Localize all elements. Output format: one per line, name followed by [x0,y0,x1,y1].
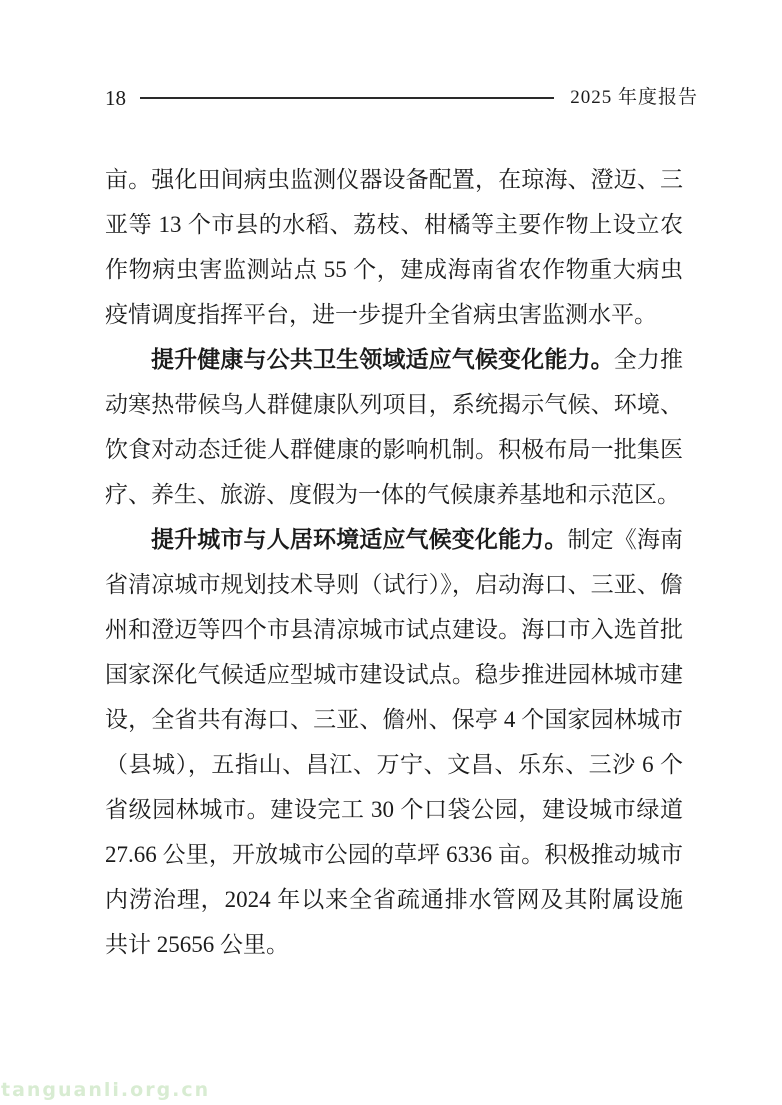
paragraph-bold-heading: 提升城市与人居环境适应气候变化能力。 [151,527,567,552]
document-body: 亩。强化田间病虫监测仪器设备配置，在琼海、澄迈、三亚等 13 个市县的水稻、荔枝… [105,157,683,967]
page-header: 18 2025 年度报告 [105,84,698,112]
paragraph-urban-adaptation: 提升城市与人居环境适应气候变化能力。制定《海南省清凉城市规划技术导则（试行）》，… [105,517,683,967]
paragraph-health-adaptation: 提升健康与公共卫生领域适应气候变化能力。全力推动寒热带候鸟人群健康队列项目，系统… [105,337,683,517]
paragraph-text: 亩。强化田间病虫监测仪器设备配置，在琼海、澄迈、三亚等 13 个市县的水稻、荔枝… [105,167,683,327]
header-rule [140,97,554,99]
paragraph-text: 制定《海南省清凉城市规划技术导则（试行）》，启动海口、三亚、儋州和澄迈等四个市县… [105,527,683,957]
paragraph-pest-monitoring: 亩。强化田间病虫监测仪器设备配置，在琼海、澄迈、三亚等 13 个市县的水稻、荔枝… [105,157,683,337]
document-page: 18 2025 年度报告 亩。强化田间病虫监测仪器设备配置，在琼海、澄迈、三亚等… [0,0,782,1105]
watermark: tanguanli.org.cn [1,1079,210,1101]
paragraph-bold-heading: 提升健康与公共卫生领域适应气候变化能力。 [151,347,614,372]
report-title: 2025 年度报告 [570,84,698,112]
page-number: 18 [105,84,126,112]
